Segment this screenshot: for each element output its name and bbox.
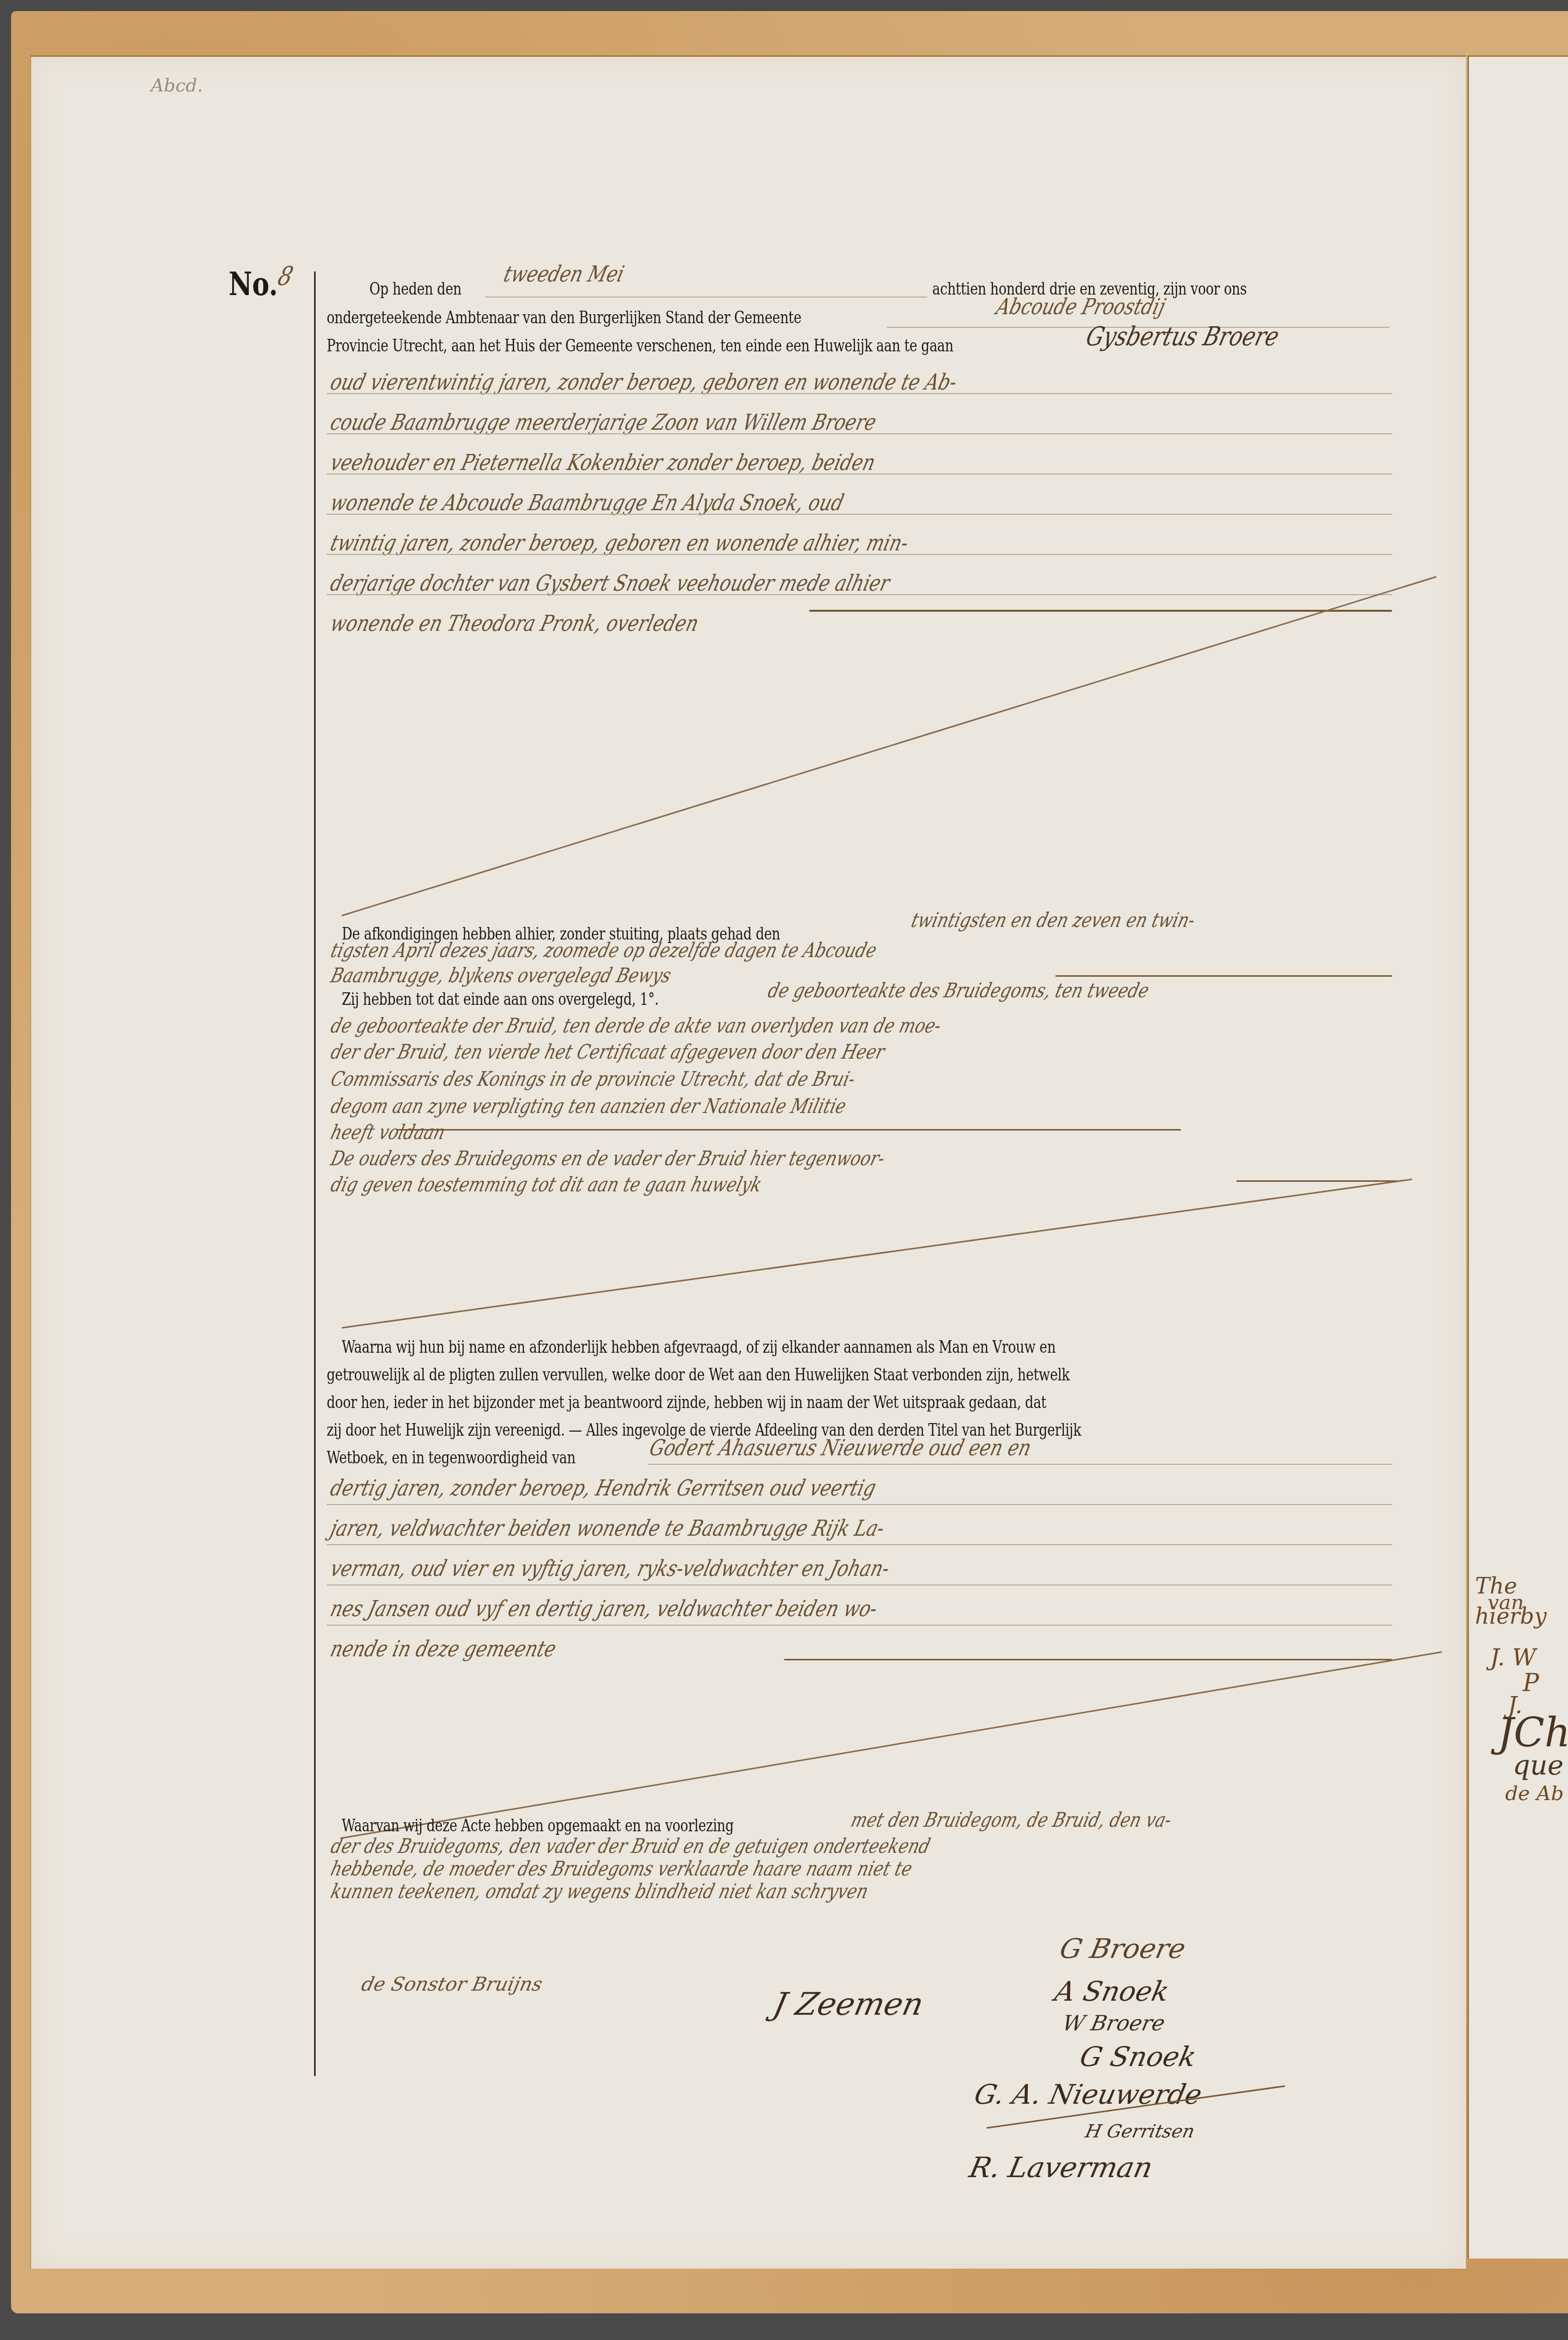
opening-hand-line: oud vierentwintig jaren, zonder beroep, … bbox=[328, 369, 959, 395]
ruled-line bbox=[327, 1544, 1392, 1545]
closing-stroke bbox=[397, 1129, 1181, 1131]
witness-line: verman, oud vier en vyftig jaren, ryks-v… bbox=[328, 1556, 892, 1581]
documents-hand-line: degom aan zyne verpligting ten aanzien d… bbox=[329, 1095, 849, 1118]
signature-bride: A Snoek bbox=[1052, 1976, 1172, 2007]
proclamations-hand-line: tigsten April dezes jaars, zoomede op de… bbox=[329, 939, 879, 962]
closing-stroke bbox=[1236, 1180, 1397, 1182]
closing-printed: Waarvan wij deze Acte hebben opgemaakt e… bbox=[342, 1816, 734, 1836]
documents-hand-line: De ouders des Bruidegoms en de vader der… bbox=[329, 1147, 888, 1170]
witness-line: Godert Ahasuerus Nieuwerde oud een en bbox=[647, 1435, 1034, 1461]
closing-hand-line: hebbende, de moeder des Bruidegoms verkl… bbox=[329, 1857, 915, 1881]
groom-name: Gysbertus Broere bbox=[1083, 322, 1282, 352]
opening-hand-line: twintig jaren, zonder beroep, geboren en… bbox=[328, 530, 911, 556]
ceremony-printed-line: Waarna wij hun bij name en afzonderlijk … bbox=[342, 1337, 1055, 1357]
adjacent-fragment-line: de Ab bbox=[1505, 1782, 1563, 1805]
opening-hand-line: wonende en Theodora Pronk, overleden bbox=[328, 611, 701, 636]
margin-rule bbox=[314, 271, 316, 2076]
documents-hand-line: heeft voldaan bbox=[329, 1121, 448, 1144]
ruled-line bbox=[327, 1584, 1392, 1585]
closing-hand-line: der des Bruidegoms, den vader der Bruid … bbox=[329, 1835, 933, 1858]
adjacent-fragment-line: hierby bbox=[1475, 1604, 1547, 1629]
closing-stroke bbox=[784, 1659, 1392, 1660]
ruled-line bbox=[327, 1625, 1392, 1626]
signature-witness-2: H Gerritsen bbox=[1084, 2121, 1197, 2142]
signature-father-bride: G Snoek bbox=[1077, 2041, 1199, 2073]
act-number-label: No. bbox=[229, 265, 278, 303]
signature-father-groom: W Broere bbox=[1060, 2011, 1167, 2035]
adjacent-fragment-line: P bbox=[1523, 1669, 1539, 1697]
documents-hand-line: Commissaris des Konings in de provincie … bbox=[329, 1068, 858, 1091]
pencil-mark: Abcd. bbox=[151, 75, 203, 96]
opening-hand-line: derjarige dochter van Gysbert Snoek veeh… bbox=[328, 571, 892, 596]
signature-groom: G Broere bbox=[1057, 1933, 1188, 1964]
documents-hand-line: der der Bruid, ten vierde het Certificaa… bbox=[329, 1041, 887, 1064]
closing-stroke bbox=[809, 610, 1392, 612]
ceremony-printed-line: getrouwelijk al de pligten zullen vervul… bbox=[327, 1365, 1069, 1385]
adjacent-fragment-line: J. W bbox=[1490, 1644, 1536, 1671]
witness-line: jaren, veldwachter beiden wonende te Baa… bbox=[328, 1516, 887, 1541]
signature-witness-1: G. A. Nieuwerde bbox=[971, 2079, 1205, 2110]
date-underline bbox=[485, 297, 927, 298]
ruled-line bbox=[327, 554, 1392, 555]
adjacent-fragment-line: que bbox=[1513, 1749, 1563, 1781]
witness-line: dertig jaren, zonder beroep, Hendrik Ger… bbox=[328, 1475, 878, 1501]
adjacent-page bbox=[1467, 55, 1568, 2259]
opening-printed-3: ondergeteekende Ambtenaar van den Burger… bbox=[327, 308, 801, 328]
marriage-date: tweeden Mei bbox=[501, 261, 627, 287]
ruled-line bbox=[327, 474, 1392, 475]
municipality: Abcoude Proostdij bbox=[994, 294, 1168, 320]
opening-hand-line: coude Baambrugge meerderjarige Zoon van … bbox=[328, 410, 879, 435]
documents-printed: Zij hebben tot dat einde aan ons overgel… bbox=[342, 989, 658, 1009]
ruled-line bbox=[327, 433, 1392, 434]
witness-line: nende in deze gemeente bbox=[328, 1636, 558, 1662]
ruled-line bbox=[327, 514, 1392, 515]
annotation-signature: de Sonstor Bruijns bbox=[359, 1973, 544, 1995]
documents-hand-line: dig geven toestemming tot dit aan te gaa… bbox=[329, 1173, 764, 1196]
closing-hand-line: met den Bruidegom, de Bruid, den va- bbox=[849, 1809, 1174, 1832]
proclamations-hand-line: twintigsten en den zeven en twin- bbox=[909, 909, 1198, 932]
ruled-line bbox=[648, 1464, 1392, 1465]
documents-hand-line: de geboorteakte der Bruid, ten derde de … bbox=[329, 1014, 944, 1038]
signature-ambtenaar: J Zeemen bbox=[770, 1986, 927, 2022]
witness-line: nes Jansen oud vyf en dertig jaren, veld… bbox=[328, 1596, 880, 1622]
signature-witness-3: R. Laverman bbox=[966, 2151, 1155, 2184]
ceremony-printed-line: Wetboek, en in tegenwoordigheid van bbox=[327, 1448, 575, 1468]
closing-hand-line: kunnen teekenen, omdat zy wegens blindhe… bbox=[329, 1880, 871, 1903]
opening-printed-4: Provincie Utrecht, aan het Huis der Geme… bbox=[327, 336, 953, 356]
opening-hand-line: wonende te Abcoude Baambrugge En Alyda S… bbox=[328, 490, 846, 516]
ruled-line bbox=[327, 393, 1392, 394]
ceremony-printed-line: door hen, ieder in het bijzonder met ja … bbox=[327, 1392, 1046, 1413]
proclamations-hand-line: Baambrugge, blykens overgelegd Bewys bbox=[329, 964, 674, 987]
opening-printed-1: Op heden den bbox=[369, 279, 461, 299]
opening-hand-line: veehouder en Pieternella Kokenbier zonde… bbox=[328, 450, 878, 476]
documents-hand-line: de geboorteakte des Bruidegoms, ten twee… bbox=[766, 979, 1152, 1002]
closing-stroke bbox=[1055, 975, 1392, 977]
ruled-line bbox=[327, 594, 1392, 595]
ruled-line bbox=[327, 1504, 1392, 1505]
